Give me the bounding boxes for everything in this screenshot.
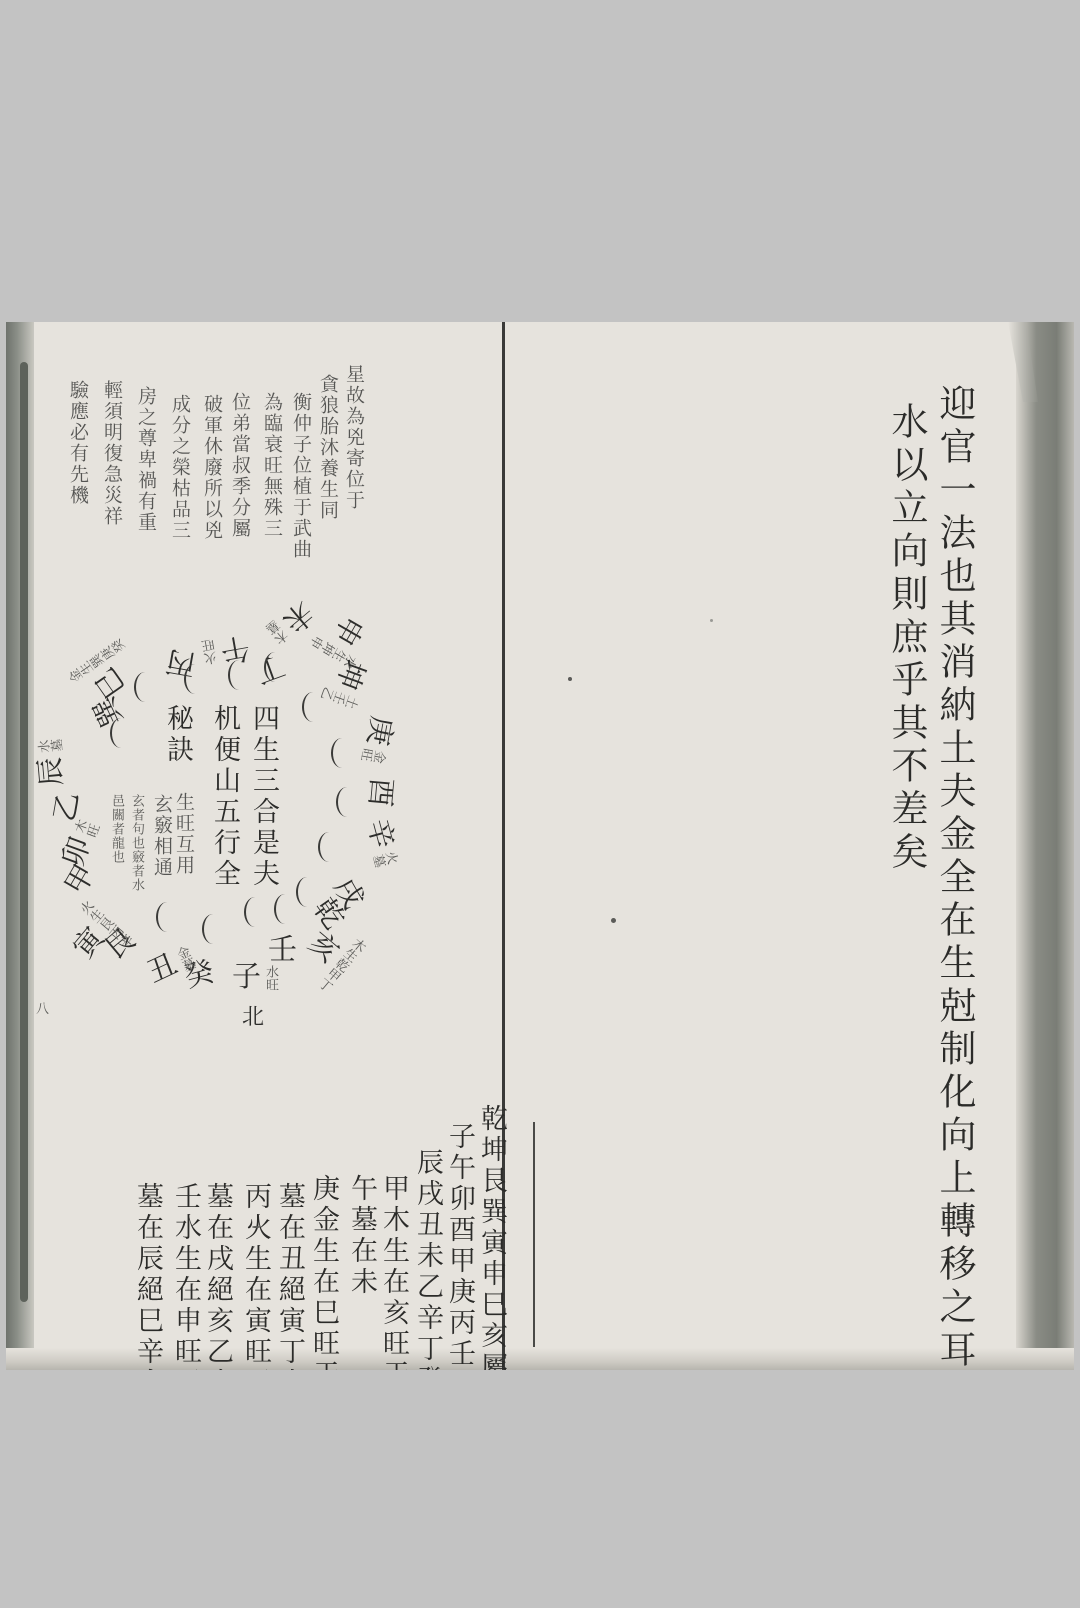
lower-column-divider bbox=[533, 1122, 535, 1347]
left-bottom-column-11: 墓在辰絕巳辛金生于子 bbox=[134, 1182, 161, 1370]
left-top-column-6: 破軍休廢所以兇 bbox=[202, 394, 221, 541]
compass-label-si: 巳金生巽庚癸 bbox=[66, 636, 147, 713]
arc-mark bbox=[244, 897, 266, 927]
left-bottom-column-2: 子午卯酉甲庚丙壬屬仲 bbox=[446, 1122, 473, 1370]
compass-label-zi: 子水旺 bbox=[232, 954, 280, 995]
arc-mark bbox=[110, 718, 132, 748]
bottom-edge-shadow bbox=[6, 1348, 1074, 1370]
compass-label-hai: 亥木生乾甲丁 bbox=[291, 914, 370, 995]
left-top-column-1: 星故為兇寄位于 bbox=[344, 364, 363, 511]
compass-label-chen: 辰水墓 bbox=[25, 737, 70, 788]
scan-speck bbox=[710, 619, 713, 622]
arc-mark bbox=[336, 787, 358, 817]
left-top-column-5: 位弟當叔季分屬 bbox=[230, 392, 249, 539]
arc-mark bbox=[302, 692, 324, 722]
compass-center-note-4: 邑關者龍也 bbox=[110, 794, 123, 864]
arc-mark bbox=[134, 672, 156, 702]
compass-label-you: 酉 bbox=[361, 776, 404, 808]
page-block-shadow-right bbox=[1016, 322, 1074, 1370]
compass-label-kun: 坤土壬乙 bbox=[319, 654, 376, 714]
margin-page-mark: 八 bbox=[36, 998, 49, 1017]
arc-mark bbox=[228, 660, 250, 690]
left-bottom-column-7: 墓在丑絕寅丁火生在酉 bbox=[276, 1182, 303, 1370]
arc-mark bbox=[331, 738, 353, 768]
compass-center-note-2: 玄竅相通 bbox=[152, 794, 171, 878]
left-bottom-column-1: 乾坤艮巽寅申巳亥屬孟 bbox=[478, 1104, 505, 1370]
scanned-page: 迎官一法也其消納土夫金全在生尅制化向上轉移之耳夫如是審龍 水以立向則庶乎其不差矣… bbox=[6, 322, 1074, 1370]
arc-mark bbox=[318, 832, 340, 862]
compass-label-xin: 辛火墓 bbox=[359, 814, 411, 871]
left-top-column-3: 衡仲子位植于武曲 bbox=[291, 392, 310, 560]
left-bottom-column-5: 午墓在未 bbox=[348, 1174, 375, 1298]
compass-diagram: 申水生坤申 坤土壬乙 庚金旺 酉 辛火墓 戌 乾 亥木生乾甲丁 壬 子水旺 北 … bbox=[6, 542, 496, 1032]
left-bottom-column-9: 墓在戌絕亥乙木生于午 bbox=[204, 1182, 231, 1370]
compass-center-note-3: 玄者句也竅者水 bbox=[130, 794, 143, 892]
arc-mark bbox=[202, 914, 224, 944]
scan-speck bbox=[568, 677, 572, 681]
arc-mark bbox=[156, 902, 178, 932]
arc-mark bbox=[296, 877, 318, 907]
arc-mark bbox=[184, 664, 206, 694]
left-top-column-4: 為臨衰旺無殊三 bbox=[262, 392, 281, 539]
compass-center-line-1: 四生三合是夫 bbox=[250, 704, 277, 890]
left-bottom-column-10: 壬水生在申旺于子死在卯 bbox=[172, 1182, 199, 1370]
compass-label-geng: 庚金旺 bbox=[356, 713, 405, 767]
left-top-column-2: 貪狼胎沐養生同 bbox=[318, 374, 337, 521]
left-bottom-column-3: 辰戌丑未乙辛丁癸屬季 bbox=[414, 1148, 441, 1370]
scan-speck bbox=[611, 918, 616, 923]
left-bottom-column-6: 庚金生在巳旺于酉死在子 bbox=[310, 1174, 337, 1370]
scan-speck bbox=[252, 1226, 260, 1228]
right-page-column-1: 迎官一法也其消納土夫金全在生尅制化向上轉移之耳夫如是審龍 bbox=[936, 384, 973, 1370]
arc-mark bbox=[264, 652, 286, 682]
compass-center-note-1: 生旺互用 bbox=[174, 792, 193, 876]
compass-center-title: 秘訣 bbox=[164, 704, 191, 766]
compass-direction-north: 北 bbox=[242, 1000, 264, 1031]
left-bottom-column-4: 甲木生在亥旺于卯墓死在 bbox=[380, 1174, 407, 1370]
left-top-column-8: 房之尊卑禍有重 bbox=[136, 386, 155, 533]
left-bottom-column-8: 丙火生在寅旺于午死在酉 bbox=[242, 1182, 269, 1370]
compass-center-line-2: 机便山五行全 bbox=[211, 704, 238, 890]
compass-label-yi: 乙 bbox=[42, 789, 87, 825]
left-top-column-7: 成分之榮枯品三 bbox=[170, 394, 189, 541]
arc-mark bbox=[274, 894, 296, 924]
left-top-column-9: 輕須明復急災祥 bbox=[102, 380, 121, 527]
right-page-column-2: 水以立向則庶乎其不差矣 bbox=[888, 402, 925, 875]
left-top-column-10: 驗應必有先機 bbox=[68, 380, 87, 506]
